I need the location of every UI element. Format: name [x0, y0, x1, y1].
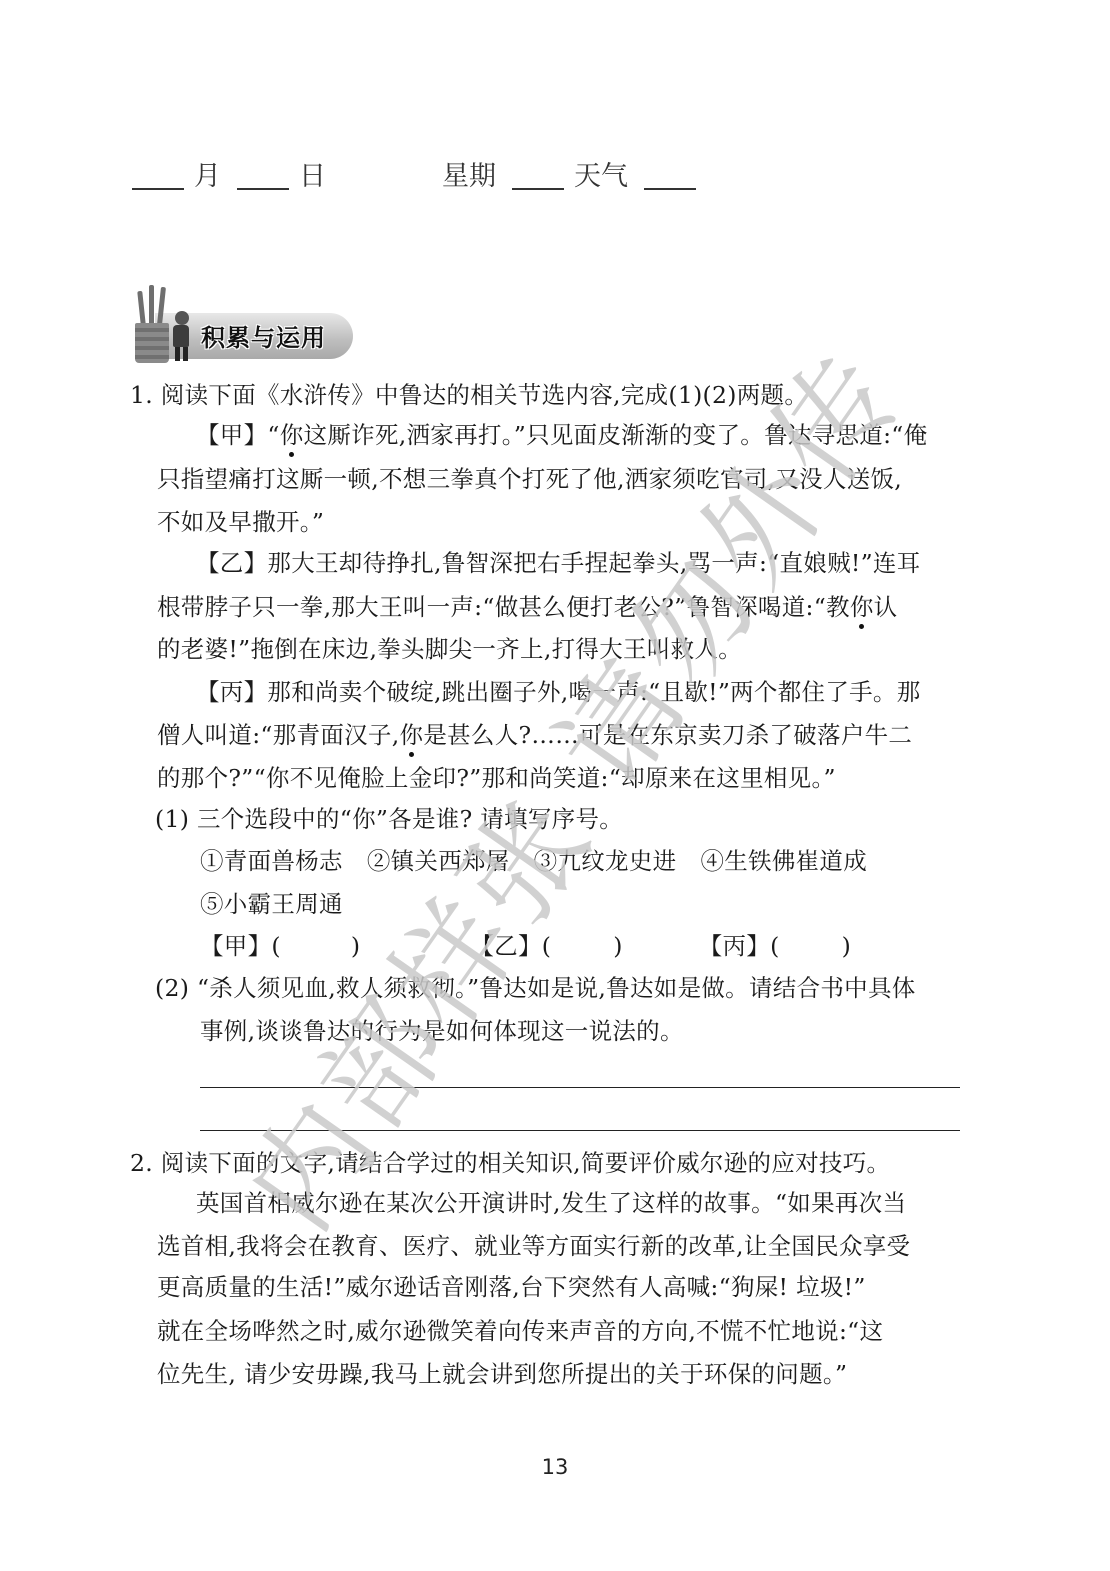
option-4: ④生铁佛崔道成	[700, 847, 867, 875]
subquestion-2-line-2: 事例,谈谈鲁达的行为是如何体现这一说法的。	[200, 1016, 684, 1046]
option-2: ②镇关西郑屠	[367, 847, 510, 875]
subquestion-1-prompt: (1) 三个选段中的“你”各是谁? 请填写序号。	[155, 804, 623, 834]
pencil-icon	[149, 285, 154, 325]
answer-line-2[interactable]	[200, 1130, 960, 1131]
passage-yi-line-1: 【乙】那大王却待挣扎,鲁智深把右手捏起拳头,骂一声:“直娘贼!”连耳	[196, 548, 921, 578]
student-body-icon	[173, 325, 189, 347]
pencil-icon	[137, 291, 146, 325]
emphasized-char: 你	[400, 720, 424, 750]
answer-line-1[interactable]	[200, 1087, 960, 1088]
passage-jia-line-2: 只指望痛打这厮一顿,不想三拳真个打死了他,洒家须吃官司,又没人送饭,	[157, 464, 902, 494]
emphasized-char: 你	[280, 420, 304, 450]
question-2-prompt: 2. 阅读下面的文字,请结合学过的相关知识,简要评价威尔逊的应对技巧。	[130, 1148, 890, 1178]
section-title: 积累与运用	[201, 318, 326, 353]
question-1-prompt: 1. 阅读下面《水浒传》中鲁达的相关节选内容,完成(1)(2)两题。	[130, 380, 808, 410]
passage-jia-line-3: 不如及早撒开。”	[157, 507, 324, 537]
emphasized-char: 你	[850, 592, 874, 622]
weekday-blank[interactable]	[512, 160, 564, 190]
passage-bing-line-3: 的那个?”“你不见俺脸上金印?”那和尚笑道:“却原来在这里相见。”	[157, 763, 836, 793]
weekday-label: 星期	[442, 160, 496, 194]
date-header: 月 日 星期 天气	[132, 160, 706, 194]
passage-jia-line-1: 【甲】“你这厮诈死,洒家再打。”只见面皮渐渐的变了。鲁达寻思道:“俺	[196, 420, 927, 450]
answer-bing-label: 【丙】(	[699, 931, 780, 961]
question-2-passage-line-1: 英国首相威尔逊在某次公开演讲时,发生了这样的故事。“如果再次当	[196, 1188, 906, 1218]
question-2-passage-line-4: 就在全场哗然之时,威尔逊微笑着向传来声音的方向,不慌不忙地说:“这	[157, 1316, 883, 1346]
day-label: 日	[299, 160, 326, 194]
option-3: ③九纹龙史进	[534, 847, 677, 875]
question-2-passage-line-3: 更高质量的生活!”威尔逊话音刚落,台下突然有人高喊:“狗屎! 垃圾!”	[157, 1272, 866, 1302]
answer-jia-label: 【甲】(	[200, 931, 281, 961]
question-2-passage-line-2: 选首相,我将会在教育、医疗、就业等方面实行新的改革,让全国民众享受	[157, 1231, 910, 1261]
month-label: 月	[194, 160, 221, 194]
option-1: ①青面兽杨志	[200, 847, 343, 875]
answer-yi-label: 【乙】(	[470, 931, 551, 961]
passage-bing-line-2: 僧人叫道:“那青面汉子,你是甚么人?……可是在东京卖刀杀了破落户牛二	[157, 720, 912, 750]
options-row: ①青面兽杨志②镇关西郑屠③九纹龙史进④生铁佛崔道成	[200, 846, 867, 876]
passage-yi-line-2: 根带脖子只一拳,那大王叫一声:“做甚么便打老公?”鲁智深喝道:“教你认	[157, 592, 897, 622]
section-banner: 积累与运用	[133, 285, 355, 360]
weather-blank[interactable]	[644, 160, 696, 190]
page-number: 13	[0, 1455, 1110, 1479]
answer-row: 【甲】()【乙】()【丙】()	[200, 931, 851, 961]
month-blank[interactable]	[132, 160, 184, 190]
day-blank[interactable]	[237, 160, 289, 190]
passage-bing-line-1: 【丙】那和尚卖个破绽,跳出圈子外,喝一声:“且歇!”两个都住了手。那	[196, 677, 921, 707]
subquestion-2-line-1: (2) “杀人须见血,救人须救彻。”鲁达如是说,鲁达如是做。请结合书中具体	[155, 973, 916, 1003]
question-2-passage-line-5: 位先生, 请少安毋躁,我马上就会讲到您所提出的关于环保的问题。”	[157, 1359, 847, 1389]
weather-label: 天气	[574, 160, 628, 194]
passage-yi-line-3: 的老婆!”拖倒在床边,拳头脚尖一齐上,打得大王叫救人。	[157, 634, 742, 664]
student-icon	[175, 311, 189, 325]
pencil-cup-icon	[135, 323, 169, 363]
option-5: ⑤小霸王周通	[200, 889, 343, 919]
